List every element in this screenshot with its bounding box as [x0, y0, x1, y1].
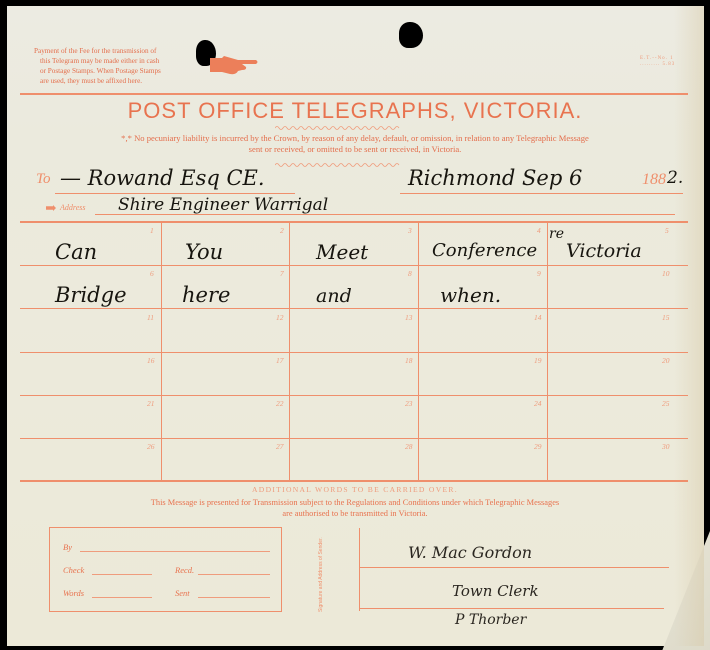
cell-number: 12	[276, 313, 284, 322]
cell-number: 9	[537, 269, 541, 278]
message-word-superscript: re	[549, 226, 564, 242]
cell-number: 21	[147, 399, 155, 408]
pointing-hand-icon	[208, 54, 260, 76]
year-suffix: 2.	[667, 168, 683, 188]
message-word: and	[316, 285, 352, 307]
message-word: Bridge	[55, 283, 127, 307]
grid-col-line	[547, 222, 548, 481]
top-rule	[20, 93, 688, 95]
cell-number: 25	[662, 399, 670, 408]
cell-number: 22	[276, 399, 284, 408]
cell-number: 10	[662, 269, 670, 278]
sender-signature: W. Mac Gordon	[408, 543, 532, 562]
address-label: Address	[60, 203, 85, 212]
to-label: To	[36, 171, 50, 188]
cell-number: 13	[405, 313, 413, 322]
grid-col-line	[418, 222, 419, 481]
message-word: Victoria	[566, 240, 642, 262]
message-word: You	[185, 240, 223, 264]
grid-row-line	[20, 352, 688, 353]
grid-col-line	[289, 222, 290, 481]
fee-notice: Payment of the Fee for the transmission …	[34, 46, 214, 86]
signature-line-2	[359, 608, 664, 609]
cell-number: 27	[276, 442, 284, 451]
cell-number: 5	[665, 226, 669, 235]
sender-title: Town Clerk	[452, 582, 539, 600]
by-label: By	[63, 542, 72, 552]
address-line	[95, 214, 675, 215]
cell-number: 28	[405, 442, 413, 451]
cell-number: 17	[276, 356, 284, 365]
wavy-ornament-2	[275, 162, 400, 168]
grid-row-line	[20, 265, 688, 266]
to-line	[55, 193, 295, 194]
grid-row-line	[20, 395, 688, 396]
grid-top-rule	[20, 221, 688, 223]
cell-number: 24	[534, 399, 542, 408]
sent-field-line	[198, 597, 270, 598]
liability-disclaimer: *,* No pecuniary liability is incurred b…	[30, 133, 680, 155]
cell-number: 6	[150, 269, 154, 278]
folded-corner	[662, 526, 710, 650]
punch-hole-right	[399, 22, 423, 48]
cell-number: 14	[534, 313, 542, 322]
cell-number: 16	[147, 356, 155, 365]
grid-bottom-rule	[20, 480, 688, 482]
cell-number: 4	[537, 226, 541, 235]
grid-row-line	[20, 438, 688, 439]
cell-number: 3	[408, 226, 412, 235]
cell-number: 30	[662, 442, 670, 451]
cell-number: 2	[280, 226, 284, 235]
cell-number: 26	[147, 442, 155, 451]
wavy-ornament	[275, 125, 400, 131]
cell-number: 18	[405, 356, 413, 365]
message-word: Can	[55, 240, 97, 264]
additional-words-note: ADDITIONAL WORDS TO BE CARRIED OVER.	[0, 485, 710, 494]
check-field-line	[92, 574, 152, 575]
address-value: Shire Engineer Warrigal	[118, 195, 328, 215]
recipient-name: — Rowand Esq CE.	[60, 166, 265, 190]
message-word: Meet	[316, 240, 368, 264]
cell-number: 23	[405, 399, 413, 408]
cell-number: 11	[147, 313, 154, 322]
form-title: POST OFFICE TELEGRAPHS, VICTORIA.	[0, 98, 710, 124]
year-prefix: 188	[642, 171, 666, 189]
grid-row-line	[20, 308, 688, 309]
sent-label: Sent	[175, 588, 190, 598]
by-field-line	[80, 551, 270, 552]
words-label: Words	[63, 588, 84, 598]
words-field-line	[92, 597, 152, 598]
message-word: Conference	[432, 240, 537, 261]
cell-number: 19	[534, 356, 542, 365]
cell-number: 20	[662, 356, 670, 365]
place-date: Richmond Sep 6	[408, 166, 582, 190]
message-word: when.	[440, 283, 501, 307]
transmission-note: This Message is presented for Transmissi…	[40, 497, 670, 519]
recd-label: Recd.	[175, 565, 194, 575]
cell-number: 7	[280, 269, 284, 278]
message-word: here	[182, 283, 230, 307]
cell-number: 8	[408, 269, 412, 278]
form-code: E.T.--No. 1 ......... 5.83	[640, 56, 675, 68]
grid-col-line	[161, 222, 162, 481]
sender-extra: P Thorber	[455, 612, 526, 628]
signature-line-1	[359, 567, 669, 568]
cell-number: 29	[534, 442, 542, 451]
date-line	[400, 193, 683, 194]
signature-label: Signature and Address of Sender.	[318, 530, 348, 620]
cell-number: 15	[662, 313, 670, 322]
signature-bracket	[359, 528, 360, 611]
check-label: Check	[63, 565, 84, 575]
cell-number: 1	[150, 226, 154, 235]
recd-field-line	[198, 574, 270, 575]
